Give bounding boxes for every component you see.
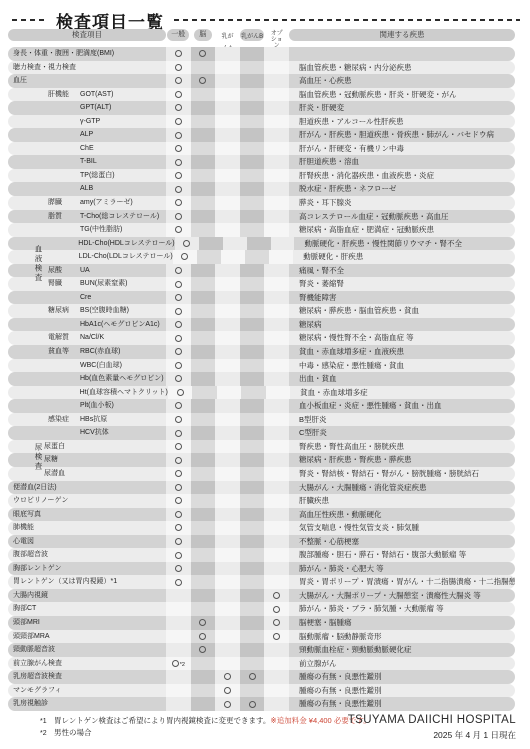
mark-cell-breast-b (240, 304, 265, 318)
mark-cell-breast-b (240, 182, 265, 196)
mark-cell-option (264, 440, 289, 454)
related-diseases: 血小板血症・炎症・悪性腫瘍・貧血・出血 (289, 399, 515, 413)
mark-cell-option (264, 345, 289, 359)
check-circle (175, 362, 182, 369)
row-subgroup-label (44, 386, 80, 400)
check-circle (249, 701, 256, 708)
related-diseases: 肝腎疾患・消化器疾患・血液疾患・炎症 (289, 169, 515, 183)
mark-cell-brain (191, 602, 216, 616)
mark-footnote-ref: *2 (180, 662, 185, 668)
table-row: 肺機能 気管支喘息・慢性気管支炎・肺気腫 (8, 521, 515, 535)
table-row: 頭頸部MRA 脳動脈瘤・脳動静脈奇形 (8, 630, 515, 644)
related-diseases: 胆道疾患・アルコール性肝疾患 (289, 115, 515, 129)
mark-cell-breast-a (215, 264, 240, 278)
mark-cell-breast-a (215, 467, 240, 481)
mark-cell-breast-a (215, 128, 240, 142)
mark-cell-general (166, 440, 191, 454)
mark-cell-breast-a (215, 61, 240, 75)
table-row: 糖尿病 BS(空腹時血糖) 糖尿病・膵疾患・脳血管疾患・貧血 (8, 304, 515, 318)
related-diseases: 糖尿病・膵疾患・脳血管疾患・貧血 (289, 304, 515, 318)
exam-item-name: 乳房視触診 (8, 697, 166, 711)
check-circle (199, 646, 206, 653)
mark-cell-breast-a (215, 440, 240, 454)
mark-cell-general (166, 548, 191, 562)
table-row: 身長・体重・腹囲・肥満度(BMI) (8, 47, 515, 61)
mark-cell-breast-a (215, 494, 240, 508)
mark-cell-brain (191, 481, 216, 495)
row-group-spacer (8, 426, 44, 440)
related-diseases: 腎炎・腎結核・腎結石・腎がん・膀胱腫瘍・膀胱結石 (289, 467, 515, 481)
table-row: 尿酸 UA 痛風・腎不全 (8, 264, 515, 278)
check-circle (175, 64, 182, 71)
mark-cell-general (166, 182, 191, 196)
mark-cell-general (166, 399, 191, 413)
row-subgroup-label: 感染症 (44, 413, 80, 427)
related-diseases: 貧血・赤血球増多症 (290, 386, 515, 400)
mark-cell-general (166, 223, 191, 237)
table-row: WBC(白血球) 中毒・感染症・悪性腫瘍・貧血 (8, 359, 515, 373)
exam-item-name: 尿糖 (44, 453, 166, 467)
mark-cell-breast-b (240, 494, 265, 508)
mark-cell-breast-a (215, 616, 240, 630)
table-row: 心電図 不整脈・心筋梗塞 (8, 535, 515, 549)
column-header-general: 一般 (166, 29, 191, 46)
mark-cell-breast-a (215, 142, 240, 156)
mark-cell-general (166, 643, 191, 657)
related-diseases: 腎炎・萎縮腎 (289, 277, 515, 291)
table-row: 大腸内視鏡 大腸がん・大腸ポリープ・大腸憩室・潰瘍性大腸炎 等 (8, 589, 515, 603)
exam-item-name: BUN(尿素窒素) (80, 277, 166, 291)
exam-item-name: 心電図 (8, 535, 166, 549)
check-circle (175, 199, 182, 206)
mark-cell-option (264, 142, 289, 156)
course-column-headers: 一般 脳 乳がんA 乳がんB オプション (166, 29, 289, 46)
mark-cell-breast-a (215, 47, 240, 61)
mark-cell-breast-a (215, 155, 240, 169)
row-group-spacer (8, 182, 44, 196)
exam-item-name: ChE (80, 142, 166, 156)
mark-cell-breast-a (215, 169, 240, 183)
hospital-name: TSUYAMA DAIICHI HOSPITAL (348, 714, 516, 726)
mark-cell-breast-b (240, 155, 265, 169)
check-circle (175, 348, 182, 355)
check-circle (175, 457, 182, 464)
mark-cell-breast-a (221, 250, 245, 264)
check-circle (175, 430, 182, 437)
table-row: ALP 肝がん・肝疾患・胆道疾患・骨疾患・肺がん・バセドウ病 (8, 128, 515, 142)
mark-cell-breast-b (240, 115, 265, 129)
exam-table: 検査項目 一般 脳 乳がんA 乳がんB オプション 関連する疾患 血液検査 尿検… (8, 29, 515, 711)
mark-cell-breast-b (240, 657, 265, 671)
check-circle (199, 77, 206, 84)
table-row: 電解質 Na/Cl/K 糖尿病・慢性腎不全・高脂血症 等 (8, 331, 515, 345)
check-circle (224, 673, 231, 680)
check-circle (175, 118, 182, 125)
mark-cell-brain (191, 277, 216, 291)
exam-item-name: マンモグラフィ (8, 684, 166, 698)
mark-cell-brain (191, 630, 216, 644)
mark-cell-general (166, 670, 191, 684)
related-diseases: 腫瘍の有無・良悪性鑑別 (289, 697, 515, 711)
mark-cell-option (264, 426, 289, 440)
table-row: 胃レントゲン（又は胃内視鏡）*1 胃炎・胃ポリープ・胃潰瘍・胃がん・十二指腸潰瘍… (8, 575, 515, 589)
mark-cell-breast-b (240, 74, 265, 88)
mark-cell-option (264, 210, 289, 224)
table-row: 膵臓 amy(アミラーゼ) 膵炎・耳下腺炎 (8, 196, 515, 210)
mark-cell-general (166, 413, 191, 427)
mark-cell-brain (191, 508, 216, 522)
check-circle (175, 321, 182, 328)
mark-cell-brain (199, 237, 223, 251)
row-subgroup-label (44, 291, 80, 305)
mark-cell-breast-b (240, 643, 265, 657)
row-group-spacer (8, 101, 44, 115)
mark-cell-option (264, 372, 289, 386)
check-circle (175, 402, 182, 409)
mark-cell-option (264, 264, 289, 278)
mark-cell-general (166, 521, 191, 535)
row-subgroup-label: 電解質 (44, 331, 80, 345)
mark-cell-brain (191, 575, 216, 589)
mark-cell-brain (191, 182, 216, 196)
exam-item-name: γ-GTP (80, 115, 166, 129)
mark-cell-breast-b (240, 61, 265, 75)
mark-cell-general (166, 535, 191, 549)
mark-cell-option (264, 575, 289, 589)
mark-cell-general (166, 453, 191, 467)
mark-cell-option (264, 74, 289, 88)
exam-item-name: 尿蛋白 (44, 440, 166, 454)
check-circle (181, 253, 188, 260)
related-diseases: 頸動脈血栓症・頸動脈動脈硬化症 (289, 643, 515, 657)
table-row: 聴力検査・視力検査 脳血管疾患・糖尿病・内分泌疾患 (8, 61, 515, 75)
table-row: 感染症 HBs抗原 B型肝炎 (8, 413, 515, 427)
mark-cell-breast-a (215, 630, 240, 644)
mark-cell-breast-b (240, 684, 265, 698)
mark-cell-breast-a (215, 548, 240, 562)
mark-cell-breast-b (240, 467, 265, 481)
mark-cell-option (264, 196, 289, 210)
row-group-spacer (8, 399, 44, 413)
mark-cell-breast-a (215, 453, 240, 467)
mark-cell-option (264, 630, 289, 644)
related-diseases: 肝胆道疾患・溶血 (289, 155, 515, 169)
table-row: GPT(ALT) 肝炎・肝硬変 (8, 101, 515, 115)
mark-cell-brain (191, 291, 216, 305)
mark-cell-breast-b (240, 128, 265, 142)
mark-cell-breast-a (215, 481, 240, 495)
mark-cell-option (264, 562, 289, 576)
row-group-spacer (8, 142, 44, 156)
row-subgroup-label: 腎臓 (44, 277, 80, 291)
mark-cell-breast-b (240, 291, 265, 305)
mark-cell-option (264, 697, 289, 711)
mark-cell-breast-a (215, 657, 240, 671)
mark-cell-brain (191, 210, 216, 224)
title-bar: 検査項目一覧 (12, 9, 520, 31)
row-group-spacer (8, 413, 44, 427)
mark-cell-breast-a (223, 237, 247, 251)
related-diseases: 脳動脈瘤・脳動静脈奇形 (289, 630, 515, 644)
mark-cell-breast-b (240, 359, 265, 373)
row-group-spacer (8, 291, 44, 305)
mark-cell-option (264, 318, 289, 332)
mark-cell-general (166, 575, 191, 589)
row-subgroup-label (44, 128, 80, 142)
group-label-urine-test: 尿検査 (32, 443, 44, 472)
exam-item-name: TG(中性脂肪) (80, 223, 166, 237)
mark-cell-brain (191, 494, 216, 508)
mark-cell-option (264, 304, 289, 318)
exam-item-name: WBC(白血球) (80, 359, 166, 373)
check-circle (199, 633, 206, 640)
mark-cell-brain (191, 657, 216, 671)
mark-cell-breast-b (240, 210, 265, 224)
mark-cell-brain (191, 684, 216, 698)
check-circle (172, 660, 179, 667)
mark-cell-option (264, 467, 289, 481)
check-circle (175, 579, 182, 586)
mark-cell-brain (191, 331, 216, 345)
row-group-spacer (8, 318, 44, 332)
mark-cell-general (166, 359, 191, 373)
table-row: HCV抗体 C型肝炎 (8, 426, 515, 440)
related-diseases: 腎機能障害 (289, 291, 515, 305)
check-circle (175, 308, 182, 315)
row-group-spacer (8, 359, 44, 373)
mark-cell-general (166, 372, 191, 386)
table-row: ChE 肝がん・肝硬変・有機リン中毒 (8, 142, 515, 156)
mark-cell-option (264, 47, 289, 61)
table-row: 眼底写真 高血圧性疾患・動脈硬化 (8, 508, 515, 522)
mark-cell-general (166, 616, 191, 630)
mark-cell-option (264, 88, 289, 102)
row-subgroup-label (44, 155, 80, 169)
mark-cell-general (166, 61, 191, 75)
mark-cell-breast-b (240, 535, 265, 549)
mark-cell-breast-b (240, 196, 265, 210)
mark-cell-breast-a (215, 562, 240, 576)
column-header-option: オプション (264, 29, 289, 46)
mark-cell-brain (191, 101, 216, 115)
exam-item-name: LDL-Cho(LDLコレステロール) (79, 250, 173, 264)
check-circle (177, 389, 184, 396)
mark-cell-general (166, 142, 191, 156)
check-circle (175, 281, 182, 288)
related-diseases (289, 47, 515, 61)
related-diseases: 脳血管疾患・糖尿病・内分泌疾患 (289, 61, 515, 75)
check-circle (273, 592, 280, 599)
table-row: マンモグラフィ 腫瘍の有無・良悪性鑑別 (8, 684, 515, 698)
mark-cell-breast-a (215, 372, 240, 386)
date-stamp: 2025 年 4 月 1 日現在 (348, 729, 516, 741)
mark-cell-option (264, 291, 289, 305)
mark-cell-brain (191, 61, 216, 75)
mark-cell-option (271, 237, 295, 251)
row-subgroup-label (44, 372, 80, 386)
mark-cell-breast-a (217, 386, 241, 400)
mark-cell-breast-a (215, 331, 240, 345)
row-subgroup-label (43, 250, 78, 264)
check-circle (175, 91, 182, 98)
mark-cell-general (166, 47, 191, 61)
mark-cell-breast-b (240, 616, 265, 630)
mark-cell-brain (191, 142, 216, 156)
check-circle (224, 687, 231, 694)
table-row: 前立腺がん検査 *2 前立腺がん (8, 657, 515, 671)
check-circle (183, 240, 190, 247)
title-dash-left (12, 19, 48, 21)
mark-cell-brain (191, 304, 216, 318)
mark-cell-option (264, 548, 289, 562)
exam-item-name: Plt(血小板) (80, 399, 166, 413)
mark-cell-option (264, 508, 289, 522)
related-diseases: 肝炎・肝硬変 (289, 101, 515, 115)
exam-item-name: 血圧 (8, 74, 166, 88)
mark-cell-brain (191, 88, 216, 102)
mark-cell-brain (191, 643, 216, 657)
table-row: 血圧 高血圧・心疾患 (8, 74, 515, 88)
mark-cell-general (166, 88, 191, 102)
mark-cell-brain (191, 426, 216, 440)
mark-cell-brain (191, 670, 216, 684)
table-row: 尿潜血 腎炎・腎結核・腎結石・腎がん・膀胱腫瘍・膀胱結石 (8, 467, 515, 481)
table-row: 胸部レントゲン 肺がん・肺炎・心肥大 等 (8, 562, 515, 576)
check-circle (175, 172, 182, 179)
row-subgroup-label: 尿酸 (44, 264, 80, 278)
mark-cell-option (264, 182, 289, 196)
row-subgroup-label (44, 182, 80, 196)
exam-item-name: UA (80, 264, 166, 278)
mark-cell-general (166, 508, 191, 522)
check-circle (175, 226, 182, 233)
related-diseases: 高血圧・心疾患 (289, 74, 515, 88)
table-row: Plt(血小板) 血小板血症・炎症・悪性腫瘍・貧血・出血 (8, 399, 515, 413)
check-circle (199, 50, 206, 57)
mark-cell-general (166, 304, 191, 318)
mark-cell-general (173, 250, 197, 264)
mark-cell-brain (191, 399, 216, 413)
mark-cell-breast-a (215, 602, 240, 616)
table-row: TP(総蛋白) 肝腎疾患・消化器疾患・血液疾患・炎症 (8, 169, 515, 183)
row-subgroup-label (44, 318, 80, 332)
check-circle (175, 484, 182, 491)
table-row: 尿糖 糖尿病・肝疾患・腎疾患・膵疾患 (8, 453, 515, 467)
related-diseases: 不整脈・心筋梗塞 (289, 535, 515, 549)
mark-cell-option (264, 61, 289, 75)
row-group-spacer (8, 372, 44, 386)
row-group-spacer (8, 345, 44, 359)
mark-cell-general (166, 277, 191, 291)
row-group-spacer (8, 386, 44, 400)
check-circle (175, 104, 182, 111)
table-row: 脂質 T-Cho(総コレステロール) 高コレステロール血症・冠動脈疾患・高血圧 (8, 210, 515, 224)
exam-item-name: HBs抗原 (80, 413, 166, 427)
table-row: LDL-Cho(LDLコレステロール) 動脈硬化・肝疾患 (8, 250, 515, 264)
mark-cell-option (264, 115, 289, 129)
mark-cell-option (264, 589, 289, 603)
column-header-breast-b: 乳がんB (240, 29, 265, 46)
mark-cell-option (264, 657, 289, 671)
mark-cell-general (168, 386, 192, 400)
exam-item-name: RBC(赤血球) (80, 345, 166, 359)
mark-cell-brain (191, 345, 216, 359)
exam-item-name: 聴力検査・視力検査 (8, 61, 166, 75)
mark-cell-breast-b (240, 697, 265, 711)
mark-cell-breast-b (247, 237, 271, 251)
related-diseases: 肝がん・肝疾患・胆道疾患・骨疾患・肺がん・バセドウ病 (289, 128, 515, 142)
mark-cell-brain (191, 548, 216, 562)
mark-cell-breast-a (215, 196, 240, 210)
check-circle (175, 50, 182, 57)
related-diseases: B型肝炎 (289, 413, 515, 427)
row-group-spacer (8, 304, 44, 318)
table-row: Cre 腎機能障害 (8, 291, 515, 305)
exam-item-name: GOT(AST) (80, 88, 166, 102)
mark-cell-option (264, 359, 289, 373)
exam-item-name: 腹部超音波 (8, 548, 166, 562)
row-subgroup-label (44, 359, 80, 373)
mark-cell-brain (191, 47, 216, 61)
mark-cell-general (166, 115, 191, 129)
mark-cell-breast-a (215, 670, 240, 684)
mark-cell-general (166, 169, 191, 183)
mark-cell-brain (191, 128, 216, 142)
exam-item-name: BS(空腹時血糖) (80, 304, 166, 318)
column-header-breast-a: 乳がんA (215, 29, 240, 46)
mark-cell-breast-b (240, 453, 265, 467)
mark-cell-brain (191, 616, 216, 630)
mark-cell-general (175, 237, 199, 251)
mark-cell-breast-a (215, 182, 240, 196)
mark-cell-option (264, 128, 289, 142)
footnotes: *1胃レントゲン検査はご希望により胃内視鏡検査に変更できます。※追加料金 ¥4,… (40, 716, 371, 739)
row-subgroup-label: 貧血等 (44, 345, 80, 359)
footnote-2-text: 男性の場合 (54, 728, 92, 737)
mark-cell-breast-b (240, 223, 265, 237)
mark-cell-breast-a (215, 223, 240, 237)
row-group-spacer (8, 115, 44, 129)
row-subgroup-label (43, 237, 78, 251)
check-circle (175, 443, 182, 450)
mark-cell-option (264, 413, 289, 427)
mark-cell-breast-a (215, 318, 240, 332)
row-group-spacer (8, 169, 44, 183)
table-row: 尿蛋白 腎疾患・腎性高血圧・膀胱疾患 (8, 440, 515, 454)
mark-cell-brain (191, 359, 216, 373)
mark-cell-general (166, 697, 191, 711)
related-diseases: 高血圧性疾患・動脈硬化 (289, 508, 515, 522)
table-row: 頸動脈超音波 頸動脈血栓症・頸動脈動脈硬化症 (8, 643, 515, 657)
exam-item-name: ALP (80, 128, 166, 142)
mark-cell-brain (191, 453, 216, 467)
mark-cell-option (264, 101, 289, 115)
mark-cell-option (264, 331, 289, 345)
check-circle (175, 213, 182, 220)
mark-cell-brain (191, 562, 216, 576)
mark-cell-breast-b (240, 670, 265, 684)
exam-item-name: T-Cho(総コレステロール) (80, 210, 166, 224)
check-circle (175, 375, 182, 382)
mark-cell-option (264, 684, 289, 698)
check-circle (175, 538, 182, 545)
related-diseases: 腹部腫瘍・胆石・膵石・腎結石・腹部大動脈瘤 等 (289, 548, 515, 562)
mark-cell-breast-a (215, 643, 240, 657)
check-circle (175, 77, 182, 84)
mark-cell-breast-b (240, 277, 265, 291)
exam-item-name: GPT(ALT) (80, 101, 166, 115)
mark-cell-breast-b (240, 562, 265, 576)
